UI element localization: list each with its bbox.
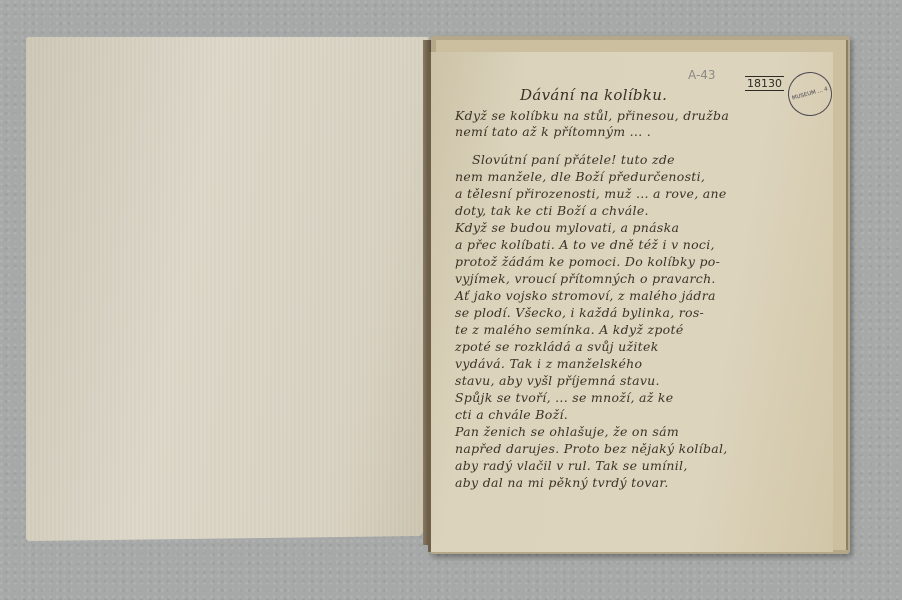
- manuscript-title: Dávání na kolíbku.: [520, 86, 667, 104]
- manuscript-line: aby radý vlačil v rul. Tak se umínil,: [455, 458, 688, 473]
- manuscript-line: napřed darujes. Proto bez nějaký kolíbal…: [455, 441, 728, 456]
- manuscript-line: Pan ženich se ohlašuje, že on sám: [455, 424, 679, 439]
- manuscript-line: Slovútní paní přátele! tuto zde: [472, 152, 675, 167]
- left-blank-page: [26, 37, 432, 541]
- manuscript-line: nemí tato až k přítomným ... .: [455, 124, 651, 139]
- manuscript-line: zpoté se rozkládá a svůj užitek: [455, 339, 659, 354]
- manuscript-line: Když se kolíbku na stůl, přinesou, družb…: [455, 108, 729, 123]
- pencil-catalog-mark: A-43: [688, 68, 716, 82]
- manuscript-line: doty, tak ke cti Boží a chvále.: [455, 203, 649, 218]
- inventory-number: 18130: [745, 76, 784, 91]
- manuscript-line: nem manžele, dle Boží předurčenosti,: [455, 169, 705, 184]
- manuscript-line: vyjímek, vroucí přítomných o pravarch.: [455, 271, 716, 286]
- manuscript-line: aby dal na mi pěkný tvrdý tovar.: [455, 475, 669, 490]
- manuscript-line: a přec kolíbati. A to ve dně též i v noc…: [455, 237, 715, 252]
- manuscript-line: stavu, aby vyšl příjemná stavu.: [455, 373, 660, 388]
- manuscript-line: Ať jako vojsko stromoví, z malého jádra: [455, 288, 716, 303]
- manuscript-line: a tělesní přirozenosti, muž ... a rove, …: [455, 186, 727, 201]
- manuscript-line: te z malého semínka. A když zpoté: [455, 322, 684, 337]
- manuscript-line: cti a chvále Boží.: [455, 407, 568, 422]
- manuscript-line: se plodí. Všecko, i každá bylinka, ros-: [455, 305, 704, 320]
- manuscript-line: Spůjk se tvoří, ... se množí, až ke: [455, 390, 673, 405]
- manuscript-line: vydává. Tak i z manželského: [455, 356, 642, 371]
- manuscript-line: protož žádám ke pomoci. Do kolíbky po-: [455, 254, 720, 269]
- manuscript-line: Když se budou mylovati, a pnáska: [455, 220, 679, 235]
